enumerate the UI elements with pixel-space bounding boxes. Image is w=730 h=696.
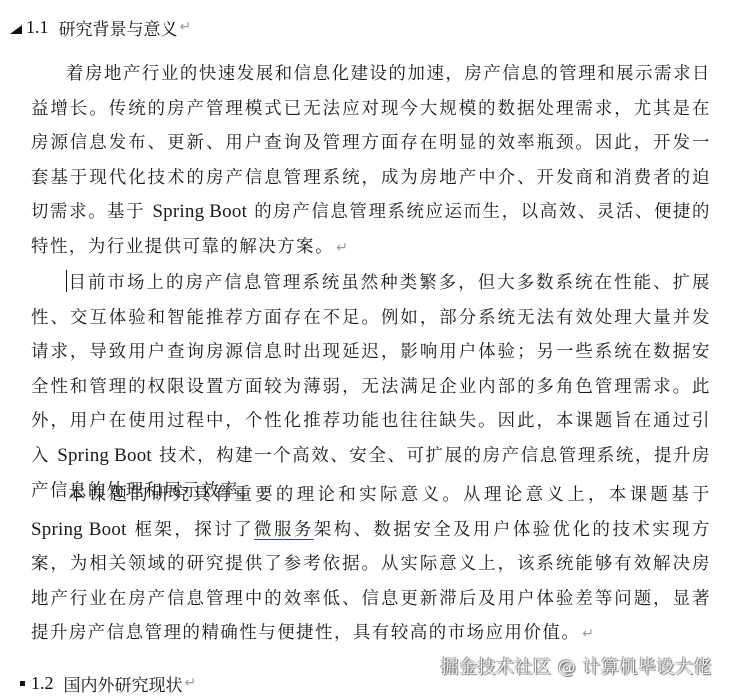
paragraph-1[interactable]: 着房地产行业的快速发展和信息化建设的加速，房产信息的管理和展示需求日益增长。传统… [31,57,711,266]
section-number: 1.1 [26,17,49,38]
document-page: 1.1 研究背景与意义 ↵ 着房地产行业的快速发展和信息化建设的加速，房产信息的… [0,0,730,696]
paragraph-text: 本课题的研究具有重要的理论和实际意义。从理论意义上，本课题基于 [66,485,711,505]
paragraph-text-latin: Spring Boot [152,201,247,222]
microservice-link[interactable]: 微服务 [254,520,314,540]
paragraph-mark-icon: ↵ [582,626,595,642]
paragraph-mark-icon: ↵ [180,19,192,35]
paragraph-mark-icon: ↵ [185,675,197,691]
section-title: 研究背景与意义 [59,15,178,40]
text-cursor [66,270,67,292]
watermark: 掘金技术社区 @ 计算机毕设大佬 [441,653,712,679]
paragraph-text-latin: Spring Boot [57,445,152,466]
paragraph-3[interactable]: 本课题的研究具有重要的理论和实际意义。从理论意义上，本课题基于 Spring B… [31,478,711,652]
paragraph-text: 框架，探讨了 [127,520,255,540]
collapse-triangle-icon[interactable] [10,25,22,34]
section-title: 国内外研究现状 [64,671,183,696]
section-heading-1-2[interactable]: 1.2 国内外研究现状 ↵ [10,668,196,696]
paragraph-text: 着房地产行业的快速发展和信息化建设的加速，房产信息的管理和展示需求日益增长。传统… [31,64,711,222]
paragraph-mark-icon: ↵ [336,240,349,256]
bullet-square-icon [20,681,25,686]
paragraph-text-latin: Spring Boot [31,519,127,540]
section-number: 1.2 [31,673,54,694]
paragraph-text: 目前市场上的房产信息管理系统虽然种类繁多，但大多数系统在性能、扩展性、交互体验和… [31,273,711,466]
section-heading-1-1[interactable]: 1.1 研究背景与意义 ↵ [10,12,191,42]
paragraph-2[interactable]: 目前市场上的房产信息管理系统虽然种类繁多，但大多数系统在性能、扩展性、交互体验和… [31,266,711,509]
